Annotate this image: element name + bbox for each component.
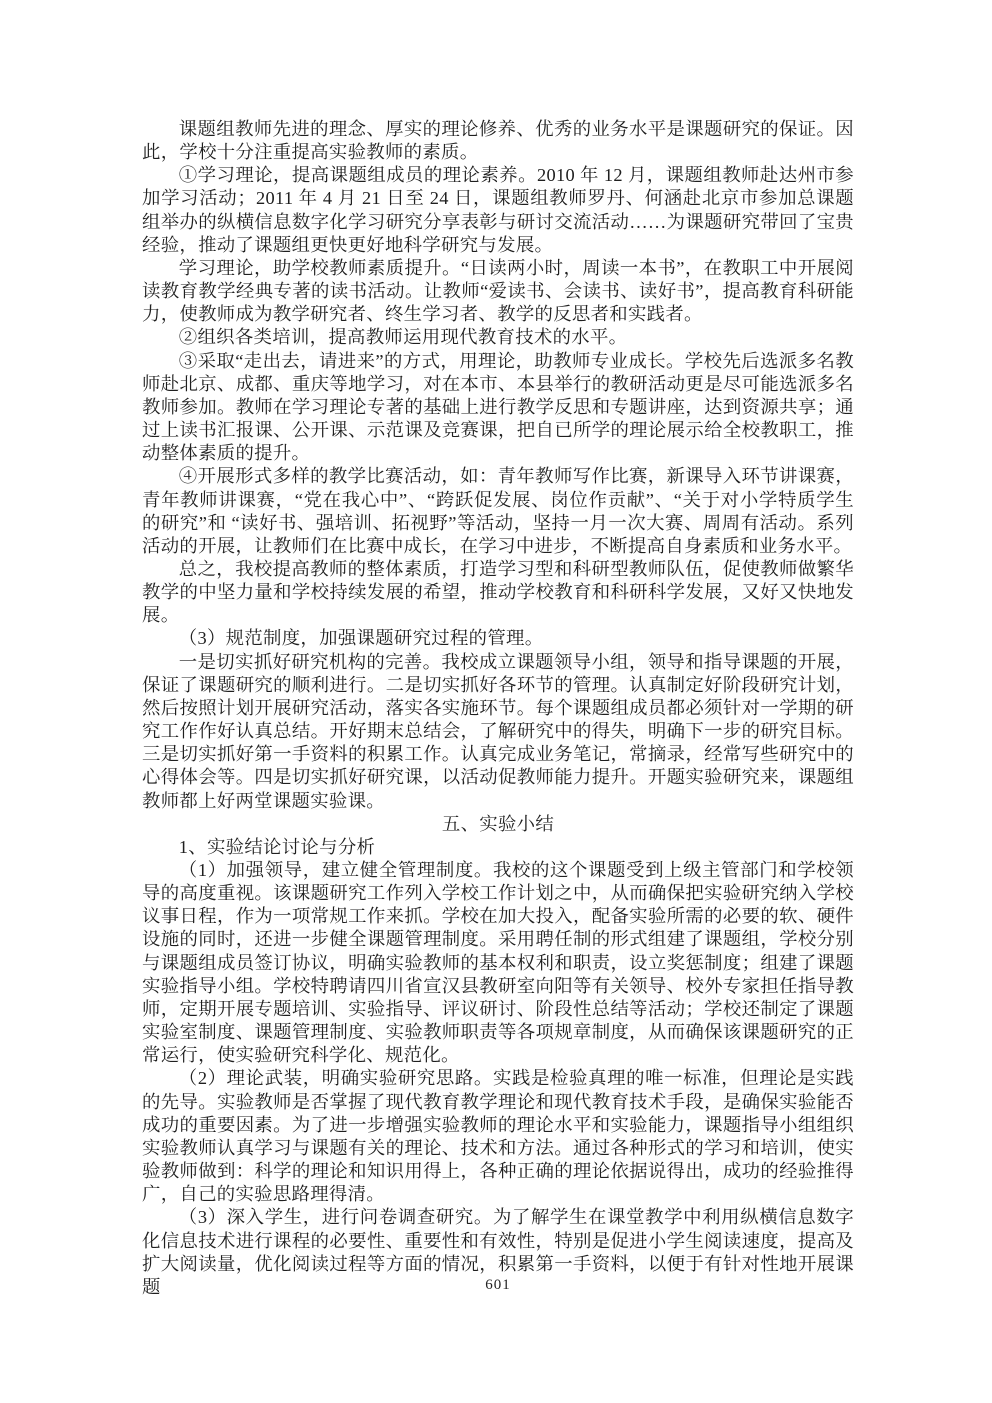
section-heading: 五、实验小结 xyxy=(142,813,854,836)
paragraph: 总之，我校提高教师的整体素质，打造学习型和科研型教师队伍，促使教师做繁华教学的中… xyxy=(142,558,854,627)
page-number: 601 xyxy=(142,1277,854,1294)
paragraph: ③采取“走出去，请进来”的方式，用理论，助教师专业成长。学校先后选派多名教师赴北… xyxy=(142,350,854,466)
paragraph: 一是切实抓好研究机构的完善。我校成立课题领导小组，领导和指导课题的开展，保证了课… xyxy=(142,651,854,813)
paragraph: 1、实验结论讨论与分析 xyxy=(142,836,854,859)
document-page: 课题组教师先进的理念、厚实的理论修养、优秀的业务水平是课题研究的保证。因此，学校… xyxy=(0,0,992,1403)
paragraph: ②组织各类培训，提高教师运用现代教育技术的水平。 xyxy=(142,326,854,349)
paragraph: ①学习理论，提高课题组成员的理论素养。2010 年 12 月，课题组教师赴达州市… xyxy=(142,164,854,257)
paragraph: ④开展形式多样的教学比赛活动，如：青年教师写作比赛，新课导入环节讲课赛，青年教师… xyxy=(142,465,854,558)
paragraph: （2）理论武装，明确实验研究思路。实践是检验真理的唯一标准，但理论是实践的先导。… xyxy=(142,1067,854,1206)
document-body: 课题组教师先进的理念、厚实的理论修养、优秀的业务水平是课题研究的保证。因此，学校… xyxy=(142,118,854,1299)
paragraph: 学习理论，助学校教师素质提升。“日读两小时，周读一本书”，在教职工中开展阅读教育… xyxy=(142,257,854,326)
paragraph: （1）加强领导，建立健全管理制度。我校的这个课题受到上级主管部门和学校领导的高度… xyxy=(142,859,854,1067)
paragraph: 课题组教师先进的理念、厚实的理论修养、优秀的业务水平是课题研究的保证。因此，学校… xyxy=(142,118,854,164)
paragraph: （3）规范制度，加强课题研究过程的管理。 xyxy=(142,627,854,650)
